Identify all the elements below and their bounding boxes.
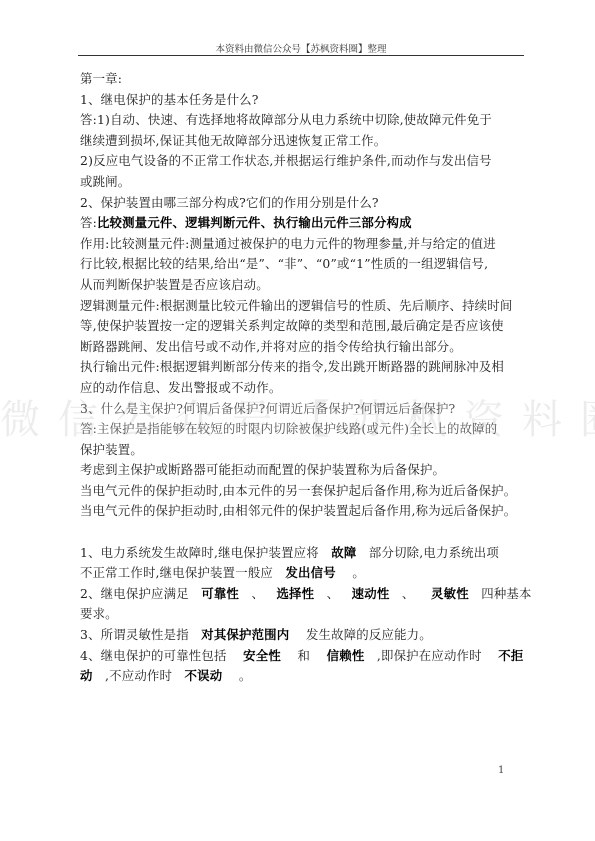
page-header: 本资料由微信公众号【苏枫资料圈】整理 <box>78 41 524 55</box>
question-2: 2、保护装置由哪三部分构成?它们的作用分别是什么? <box>80 193 518 214</box>
fill-answer: 选择性 <box>276 586 314 601</box>
fill-text: 4、继电保护的可靠性包括 <box>80 648 227 663</box>
fill-item-1: 1、电力系统发生故障时,继电保护装置应将 故障 部分切除,电力系统出项 <box>80 543 518 564</box>
fill-answer: 速动性 <box>352 586 390 601</box>
answer-line: 或跳闸。 <box>80 172 518 193</box>
fill-item-4: 4、继电保护的可靠性包括 安全性 和 信赖性 ,即保护在应动作时 不拒 <box>80 646 518 667</box>
answer-prefix: 答: <box>80 215 97 230</box>
fill-text: 。 <box>352 565 365 580</box>
fill-answer: 信赖性 <box>327 648 365 663</box>
fill-answer: 安全性 <box>243 648 281 663</box>
detail-line: 从而判断保护装置是否应该启动。 <box>80 275 518 296</box>
answer-line: 当电气元件的保护拒动时,由相邻元件的保护装置起后备作用,称为远后备保护。 <box>80 501 518 522</box>
separator: 、 <box>251 586 264 601</box>
chapter-title: 第一章: <box>80 69 518 90</box>
answer-line: 考虑到主保护或断路器可能拒动而配置的保护装置称为后备保护。 <box>80 460 518 481</box>
separator: 、 <box>402 586 415 601</box>
fill-answer: 可靠性 <box>201 586 239 601</box>
answer-summary: 答:比较测量元件、逻辑判断元件、执行输出元件三部分构成 <box>80 213 518 234</box>
fill-answer: 动 <box>80 668 93 683</box>
fill-answer: 不拒 <box>498 648 523 663</box>
fill-answer: 发出信号 <box>285 565 335 580</box>
fill-answer: 故障 <box>331 545 356 560</box>
fill-text: 2、继电保护应满足 <box>80 586 189 601</box>
fill-text: 和 <box>298 648 311 663</box>
answer-line: 答:1)自动、快速、有选择地将故障部分从电力系统中切除,使故障元件免于 <box>80 110 518 131</box>
fill-text: 。 <box>239 668 252 683</box>
separator: 、 <box>327 586 340 601</box>
detail-line: 执行输出元件:根据逻辑判断部分传来的指令,发出跳开断路器的跳闸脉冲及相 <box>80 357 518 378</box>
detail-line: 断路器跳闸、发出信号或不动作,并将对应的指令传给执行输出部分。 <box>80 337 518 358</box>
spacer <box>80 522 518 543</box>
fill-item-2: 2、继电保护应满足 可靠性 、 选择性 、 速动性 、 灵敏性 四种基本 <box>80 584 518 605</box>
fill-answer: 不误动 <box>185 668 223 683</box>
answer-line: 当电气元件的保护拒动时,由本元件的另一套保护起后备作用,称为近后备保护。 <box>80 481 518 502</box>
detail-line: 行比较,根据比较的结果,给出“是”、“非”、“0”或“1”性质的一组逻辑信号, <box>80 254 518 275</box>
answer-line: 继续遭到损坏,保证其他无故障部分迅速恢复正常工作。 <box>80 131 518 152</box>
fill-item-3: 3、所谓灵敏性是指 对其保护范围内 发生故障的反应能力。 <box>80 625 518 646</box>
fill-text: 发生故障的反应能力。 <box>306 627 432 642</box>
fill-answer: 灵敏性 <box>431 586 469 601</box>
detail-line: 应的动作信息、发出警报或不动作。 <box>80 378 518 399</box>
page-number: 1 <box>498 765 504 776</box>
fill-text: ,即保护在应动作时 <box>377 648 482 663</box>
fill-text: 不正常工作时,继电保护装置一般应 <box>80 565 273 580</box>
fill-text: 3、所谓灵敏性是指 <box>80 627 189 642</box>
answer-line: 保护装置。 <box>80 440 518 461</box>
fill-text: ,不应动作时 <box>105 668 172 683</box>
fill-answer: 对其保护范围内 <box>201 627 289 642</box>
fill-text: 四种基本 <box>481 586 531 601</box>
answer-line: 2)反应电气设备的不正常工作状态,并根据运行维护条件,而动作与发出信号 <box>80 151 518 172</box>
fill-item-1-cont: 不正常工作时,继电保护装置一般应 发出信号 。 <box>80 563 518 584</box>
detail-line: 作用:比较测量元件:测量通过被保护的电力元件的物理参量,并与给定的值进 <box>80 234 518 255</box>
fill-item-2-cont: 要求。 <box>80 604 518 625</box>
question-3: 3、什么是主保护?何谓后备保护?何谓近后备保护?何谓远后备保护? <box>80 399 518 420</box>
fill-text: 1、电力系统发生故障时,继电保护装置应将 <box>80 545 319 560</box>
document-body: 第一章: 1、继电保护的基本任务是什么? 答:1)自动、快速、有选择地将故障部分… <box>80 69 518 687</box>
detail-line: 逻辑测量元件:根据测量比较元件输出的逻辑信号的性质、先后顺序、持续时间 <box>80 296 518 317</box>
fill-item-4-cont: 动 ,不应动作时 不误动 。 <box>80 666 518 687</box>
detail-line: 等,使保护装置按一定的逻辑关系判定故障的类型和范围,最后确定是否应该使 <box>80 316 518 337</box>
header-divider <box>78 55 524 56</box>
answer-bold: 比较测量元件、逻辑判断元件、执行输出元件三部分构成 <box>97 215 412 230</box>
question-1: 1、继电保护的基本任务是什么? <box>80 90 518 111</box>
fill-text: 部分切除,电力系统出项 <box>369 545 499 560</box>
answer-line: 答:主保护是指能够在较短的时限内切除被保护线路(或元件)全长上的故障的 <box>80 419 518 440</box>
